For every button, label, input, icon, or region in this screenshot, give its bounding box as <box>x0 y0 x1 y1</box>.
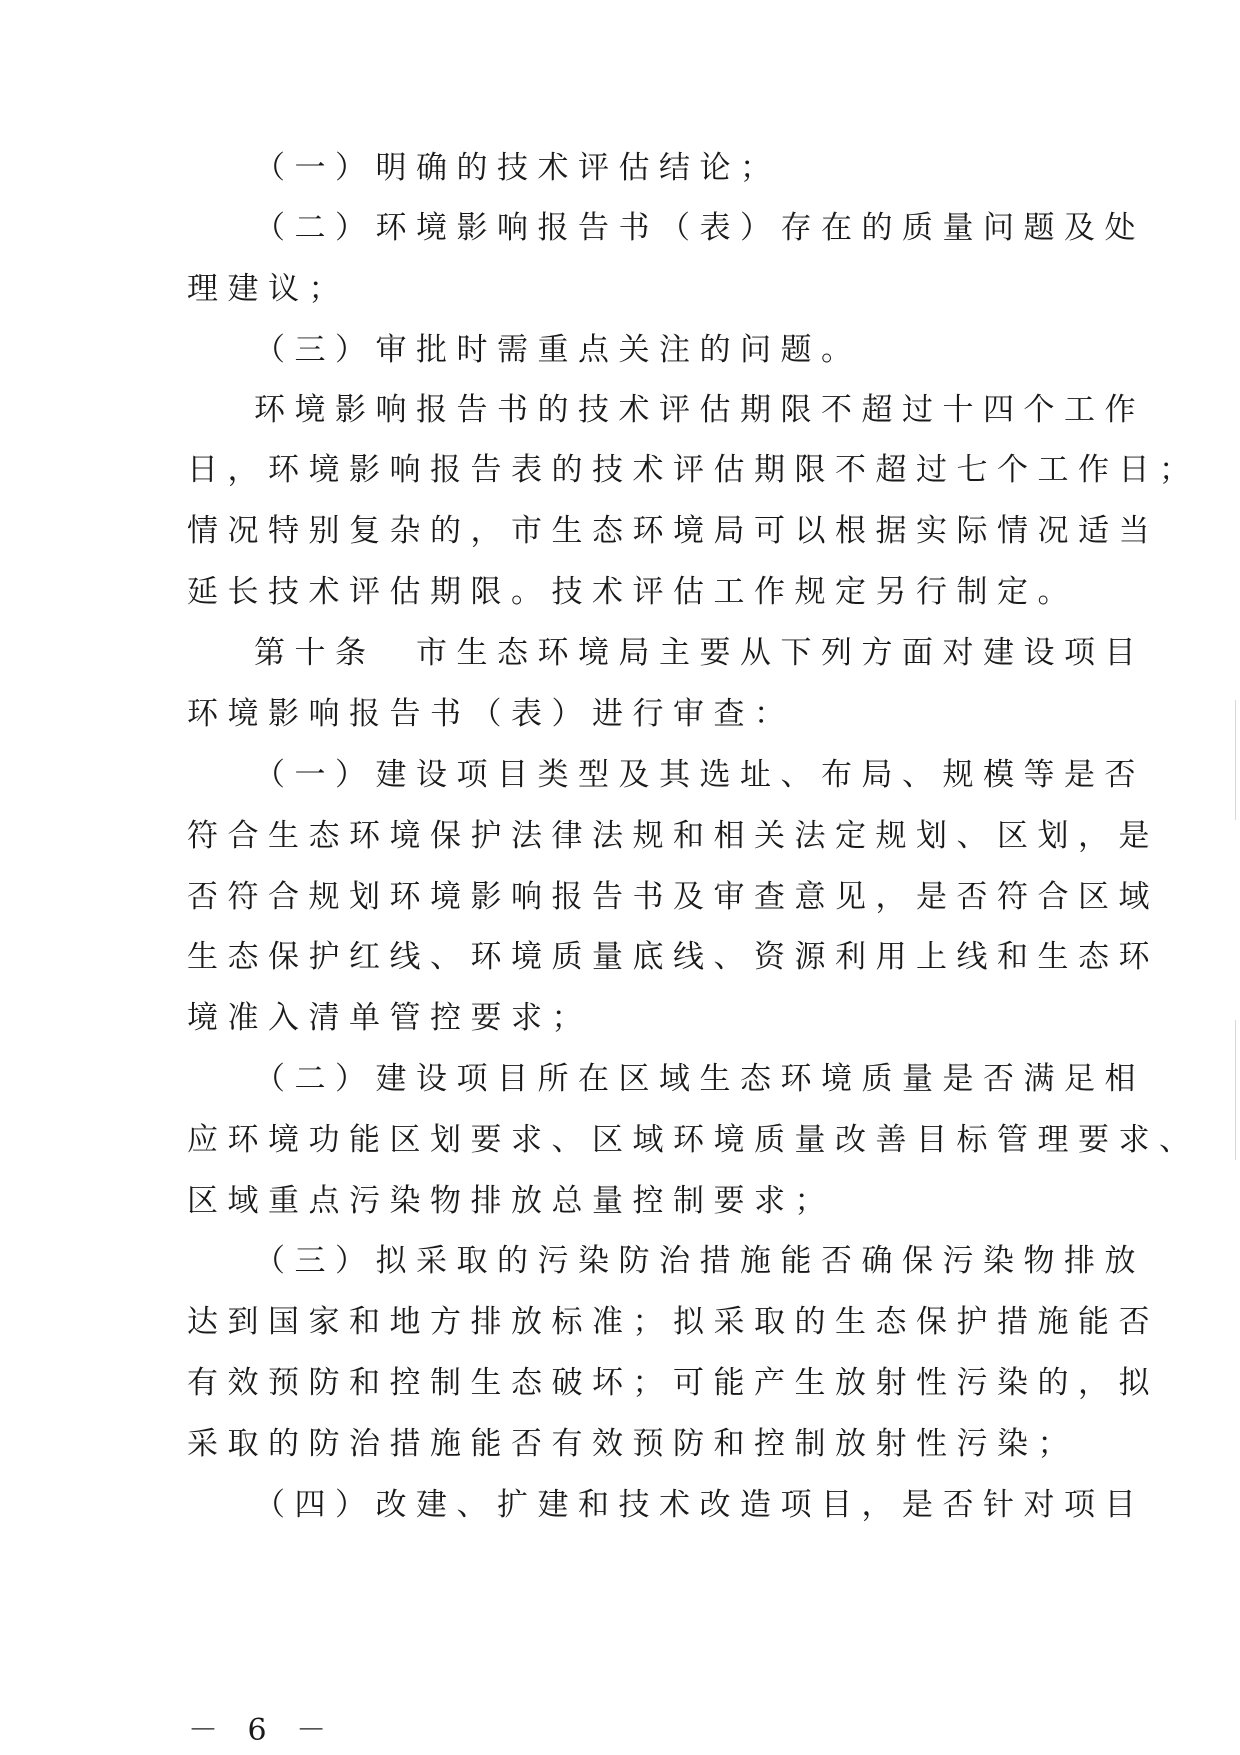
text-line: 境准入清单管控要求； <box>187 998 592 1038</box>
page-number: － 6 － <box>188 1705 336 1749</box>
text-line: 延长技术评估期限。技术评估工作规定另行制定。 <box>187 572 1078 612</box>
text-line: （三）拟采取的污染防治措施能否确保污染物排放 <box>254 1241 1145 1281</box>
text-line: 达到国家和地方排放标准；拟采取的生态保护措施能否 <box>187 1302 1159 1342</box>
text-line: （一）明确的技术评估结论； <box>254 148 781 188</box>
scan-edge-mark <box>1235 1020 1236 1160</box>
text-line: （二）建设项目所在区域生态环境质量是否满足相 <box>254 1059 1145 1099</box>
text-line: 环境影响报告书的技术评估期限不超过十四个工作 <box>254 390 1145 430</box>
text-line: 有效预防和控制生态破坏；可能产生放射性污染的，拟 <box>187 1363 1159 1403</box>
text-line: 符合生态环境保护法律法规和相关法定规划、区划，是 <box>187 816 1159 856</box>
text-line: 应环境功能区划要求、区域环境质量改善目标管理要求、 <box>187 1120 1200 1160</box>
text-line: （二）环境影响报告书（表）存在的质量问题及处 <box>254 208 1145 248</box>
text-line: 情况特别复杂的，市生态环境局可以根据实际情况适当 <box>187 511 1159 551</box>
text-line: （一）建设项目类型及其选址、布局、规模等是否 <box>254 755 1145 795</box>
text-line: 采取的防治措施能否有效预防和控制放射性污染； <box>187 1424 1078 1464</box>
text-line: 理建议； <box>187 269 349 309</box>
text-line: 第十条 市生态环境局主要从下列方面对建设项目 <box>254 633 1145 673</box>
scan-edge-mark <box>1235 700 1236 820</box>
text-line: 日，环境影响报告表的技术评估期限不超过七个工作日； <box>187 450 1200 490</box>
text-line: 否符合规划环境影响报告书及审查意见，是否符合区域 <box>187 877 1159 917</box>
text-line: 生态保护红线、环境质量底线、资源利用上线和生态环 <box>187 937 1159 977</box>
text-line: 区域重点污染物排放总量控制要求； <box>187 1181 835 1221</box>
text-line: （四）改建、扩建和技术改造项目，是否针对项目 <box>254 1485 1145 1525</box>
text-line: 环境影响报告书（表）进行审查： <box>187 694 795 734</box>
text-line: （三）审批时需重点关注的问题。 <box>254 330 862 370</box>
